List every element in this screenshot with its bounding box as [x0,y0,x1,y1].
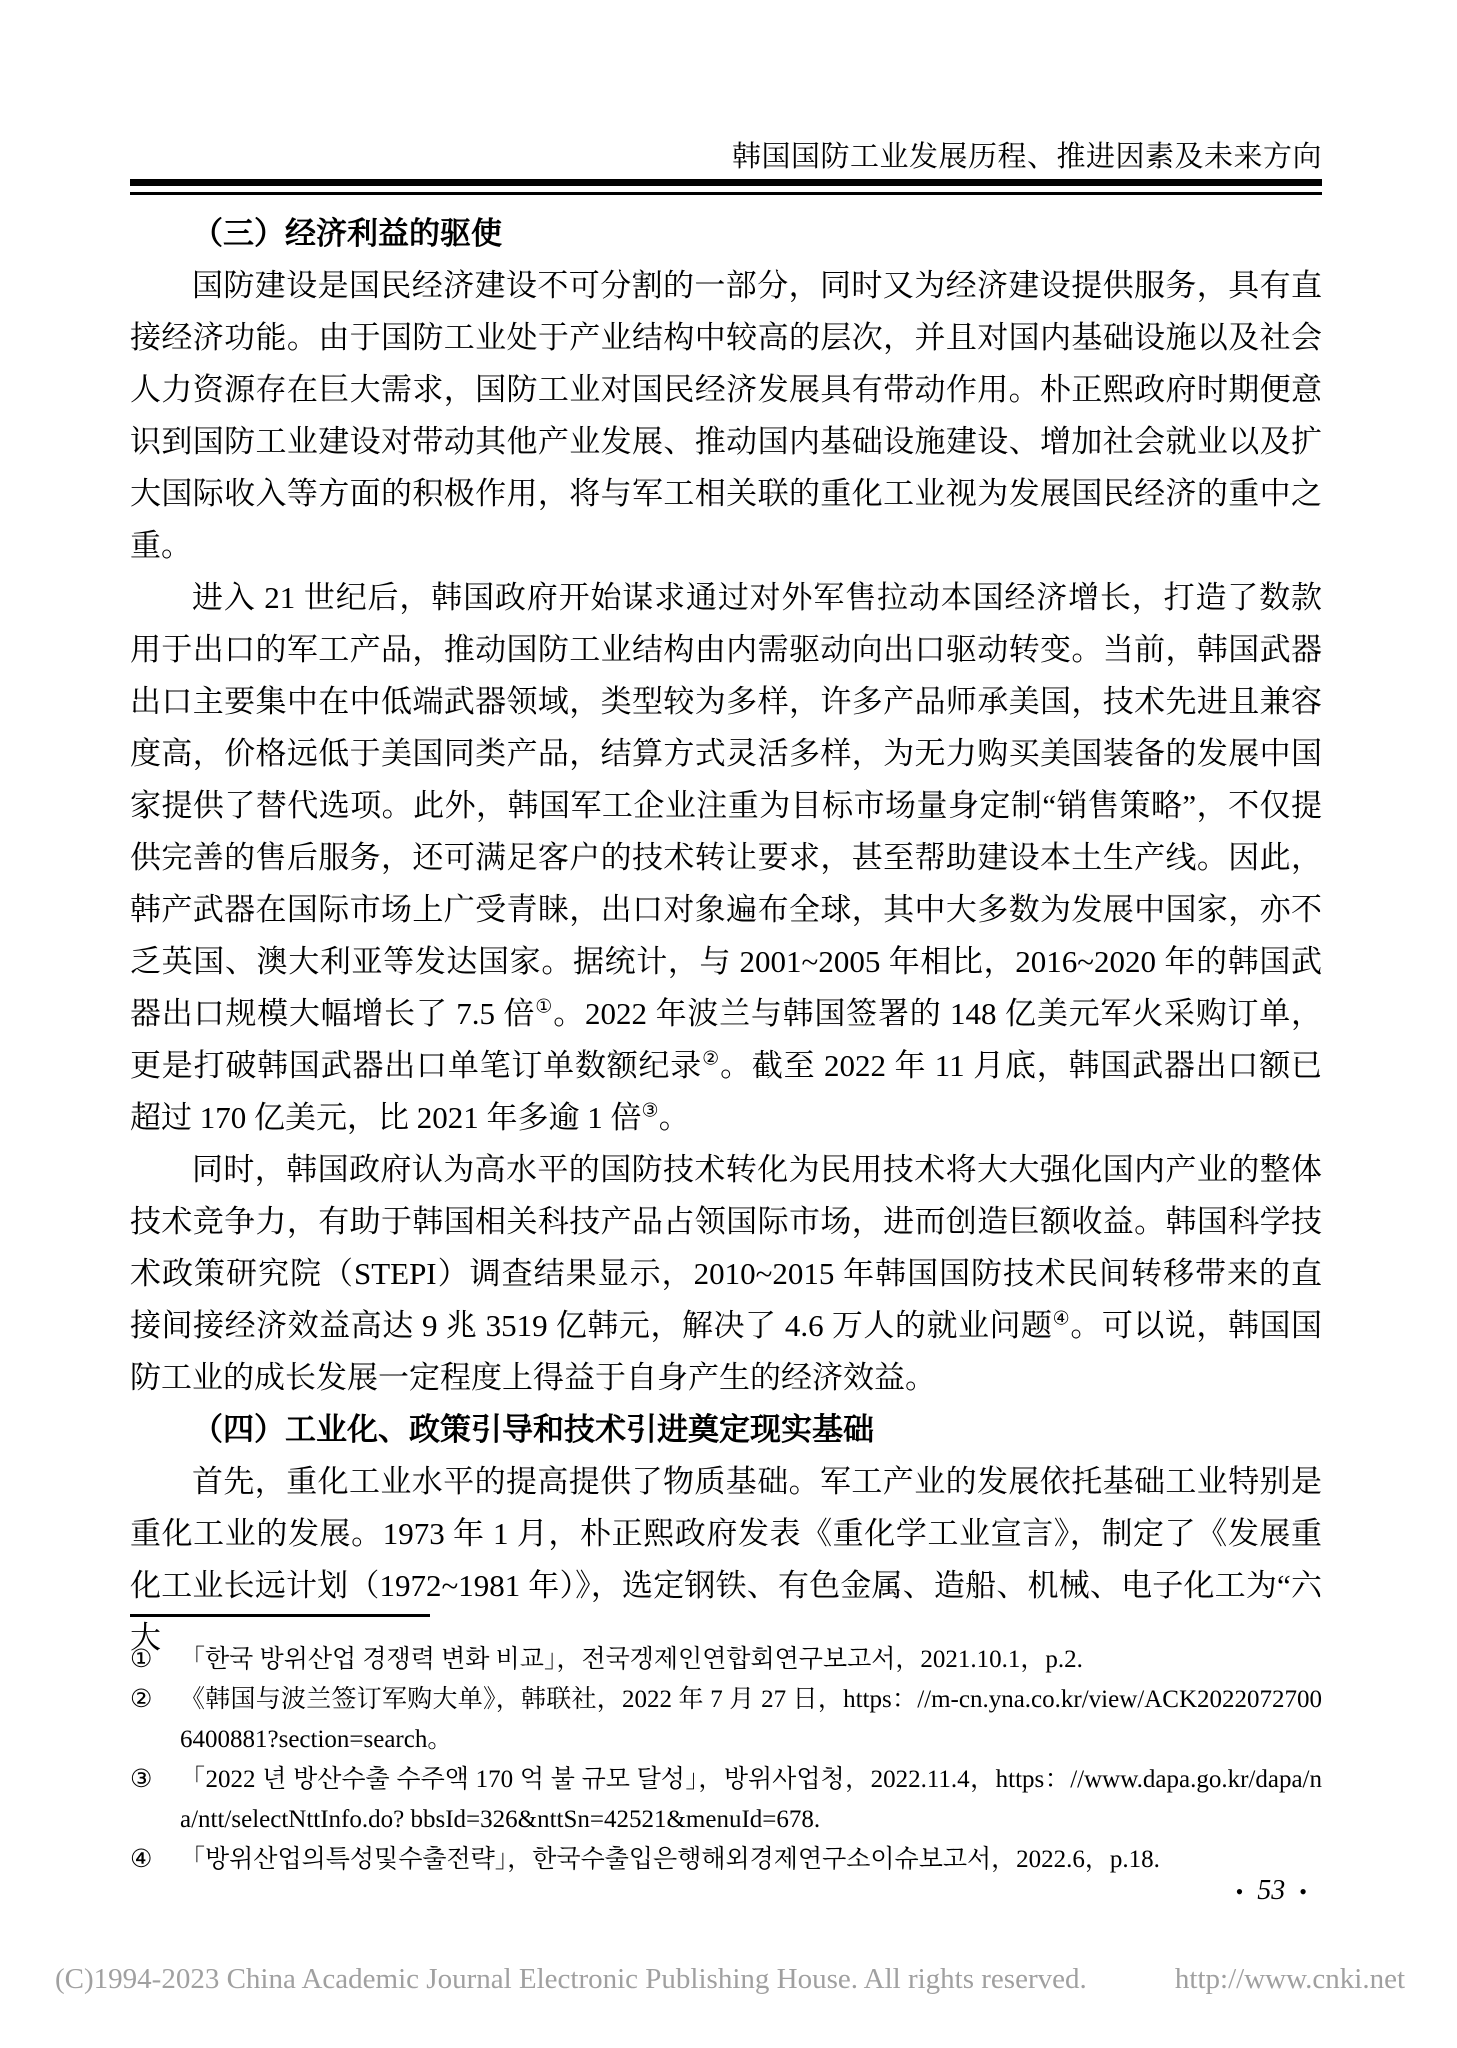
footnote-ref: ③ [642,1101,659,1122]
cnki-url: http://www.cnki.net [1175,1962,1405,1996]
footnote-item: ②《韩国与波兰签订军购大单》，韩联社，2022 年 7 月 27 日，https… [130,1680,1322,1760]
footnote-item: ③「2022 년 방산수출 수주액 170 억 불 규모 달성」，방위사업청，2… [130,1760,1322,1840]
page-number-value: 53 [1257,1875,1285,1906]
running-head-title: 韩国国防工业发展历程、推进因素及未来方向 [732,140,1322,174]
footer-watermark: (C)1994-2023 China Academic Journal Elec… [55,1962,1405,1996]
body-paragraph: 同时，韩国政府认为高水平的国防技术转化为民用技术将大大强化国内产业的整体技术竞争… [130,1144,1322,1404]
header-rule-thick [130,179,1322,186]
page-number-dot-left: • [1236,1879,1244,1904]
footnote-ref: ② [702,1049,720,1070]
body-paragraph: 进入 21 世纪后，韩国政府开始谋求通过对外军售拉动本国经济增长，打造了数款用于… [130,572,1322,1144]
footnote-item: ④「방위산업의특성및수출전략」，한국수출입은행해외경제연구소이슈보고서，2022… [130,1840,1322,1880]
page-number-dot-right: • [1299,1879,1307,1904]
footnote-marker: ③ [130,1760,180,1840]
footnote-separator [130,1614,430,1617]
footnote-item: ①「한국 방위산업 경쟁력 변화 비교」，전국겡제인연합회연구보고서，2021.… [130,1640,1322,1680]
body-paragraph: 首先，重化工业水平的提高提供了物质基础。军工产业的发展依托基础工业特别是重化工业… [130,1456,1322,1664]
footnote-text: 「방위산업의특성및수출전략」，한국수출입은행해외경제연구소이슈보고서，2022.… [180,1840,1322,1880]
section-heading: （三）经济利益的驱使 [130,208,1322,260]
body-text: （三）经济利益的驱使国防建设是国民经济建设不可分割的一部分，同时又为经济建设提供… [130,208,1322,1664]
footnote-text: 「한국 방위산업 경쟁력 변화 비교」，전국겡제인연합회연구보고서，2021.1… [180,1640,1322,1680]
journal-page: 韩国国防工业发展历程、推进因素及未来方向 （三）经济利益的驱使国防建设是国民经济… [0,0,1457,2048]
footnote-text: 《韩国与波兰签订军购大单》，韩联社，2022 年 7 月 27 日，https：… [180,1680,1322,1760]
header-rule-thin [130,192,1322,195]
copyright-text: (C)1994-2023 China Academic Journal Elec… [55,1962,1087,1996]
page-number: •53• [1236,1874,1307,1909]
footnote-marker: ① [130,1640,180,1680]
section-heading: （四）工业化、政策引导和技术引进奠定现实基础 [130,1404,1322,1456]
footnote-ref: ④ [1053,1309,1071,1330]
footnote-marker: ④ [130,1840,180,1880]
footnote-list: ①「한국 방위산업 경쟁력 변화 비교」，전국겡제인연합회연구보고서，2021.… [130,1640,1322,1880]
footnote-ref: ① [535,997,553,1018]
footnote-text: 「2022 년 방산수출 수주액 170 억 불 규모 달성」，방위사업청，20… [180,1760,1322,1840]
body-paragraph: 国防建设是国民经济建设不可分割的一部分，同时又为经济建设提供服务，具有直接经济功… [130,260,1322,572]
footnote-marker: ② [130,1680,180,1760]
